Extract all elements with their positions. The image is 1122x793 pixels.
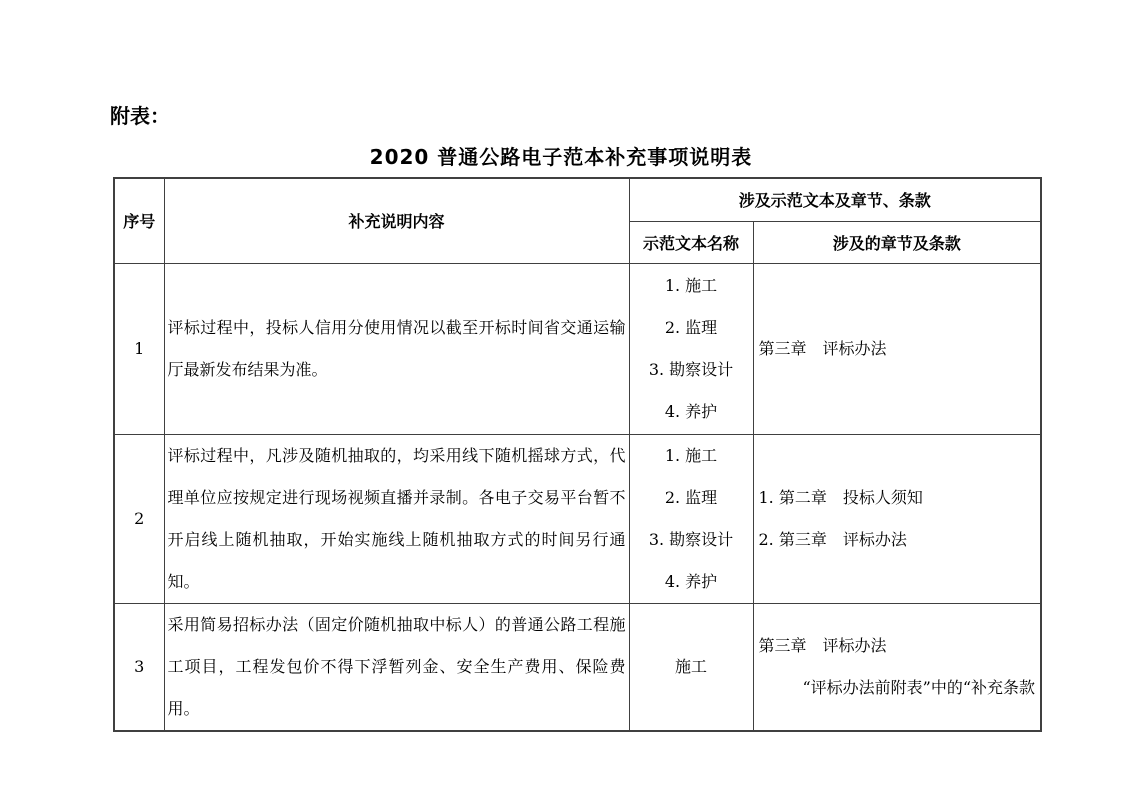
row-3-doc-names: 施工	[629, 603, 753, 731]
row-1-number: 1	[114, 263, 164, 434]
row-1-doc-names: 1. 施工 2. 监理 3. 勘察设计 4. 养护	[629, 263, 753, 434]
chapter-item: 1. 第二章 投标人须知	[759, 477, 1041, 519]
col-header-no: 序号	[114, 178, 164, 263]
row-2-chapters: 1. 第二章 投标人须知 2. 第三章 评标办法	[753, 434, 1041, 603]
row-1-content: 评标过程中，投标人信用分使用情况以截至开标时间省交通运输厅最新发布结果为准。	[164, 263, 629, 434]
row-2-doc-names: 1. 施工 2. 监理 3. 勘察设计 4. 养护	[629, 434, 753, 603]
doc-name-item: 4. 养护	[632, 391, 751, 433]
table-row-2: 2 评标过程中，凡涉及随机抽取的，均采用线下随机摇球方式，代理单位应按规定进行现…	[114, 434, 1041, 603]
table-row-1: 1 评标过程中，投标人信用分使用情况以截至开标时间省交通运输厅最新发布结果为准。…	[114, 263, 1041, 434]
doc-name-item: 3. 勘察设计	[632, 519, 751, 561]
row-1-chapters: 第三章 评标办法	[753, 263, 1041, 434]
doc-name-item: 2. 监理	[632, 477, 751, 519]
row-2-content: 评标过程中，凡涉及随机抽取的，均采用线下随机摇球方式，代理单位应按规定进行现场视…	[164, 434, 629, 603]
document-page: 附表： 2020 普通公路电子范本补充事项说明表 序号 补充说明内容 涉及示范文…	[0, 0, 1122, 793]
chapter-item: “评标办法前附表”中的“补充条款	[759, 667, 1041, 709]
col-header-doc-name: 示范文本名称	[629, 221, 753, 263]
row-2-number: 2	[114, 434, 164, 603]
doc-name-item: 1. 施工	[632, 265, 751, 307]
col-header-chapters: 涉及的章节及条款	[753, 221, 1041, 263]
doc-name-item: 2. 监理	[632, 307, 751, 349]
appendix-label: 附表：	[110, 100, 170, 129]
supplement-table: 序号 补充说明内容 涉及示范文本及章节、条款 示范文本名称 涉及的章节及条款 1…	[113, 177, 1042, 732]
col-header-span-texts: 涉及示范文本及章节、条款	[629, 178, 1041, 221]
doc-name-item: 施工	[632, 646, 751, 688]
table-row-3: 3 采用简易招标办法（固定价随机抽取中标人）的普通公路工程施工项目，工程发包价不…	[114, 603, 1041, 731]
chapter-item: 2. 第三章 评标办法	[759, 519, 1041, 561]
col-header-content: 补充说明内容	[164, 178, 629, 263]
row-3-number: 3	[114, 603, 164, 731]
row-3-content: 采用简易招标办法（固定价随机抽取中标人）的普通公路工程施工项目，工程发包价不得下…	[164, 603, 629, 731]
header-row-top: 序号 补充说明内容 涉及示范文本及章节、条款	[114, 178, 1041, 221]
row-3-chapters: 第三章 评标办法 “评标办法前附表”中的“补充条款	[753, 603, 1041, 731]
doc-name-item: 1. 施工	[632, 435, 751, 477]
chapter-item: 第三章 评标办法	[759, 328, 1041, 370]
doc-name-item: 4. 养护	[632, 561, 751, 603]
doc-name-item: 3. 勘察设计	[632, 349, 751, 391]
chapter-item: 第三章 评标办法	[759, 625, 1041, 667]
document-title: 2020 普通公路电子范本补充事项说明表	[0, 141, 1122, 170]
